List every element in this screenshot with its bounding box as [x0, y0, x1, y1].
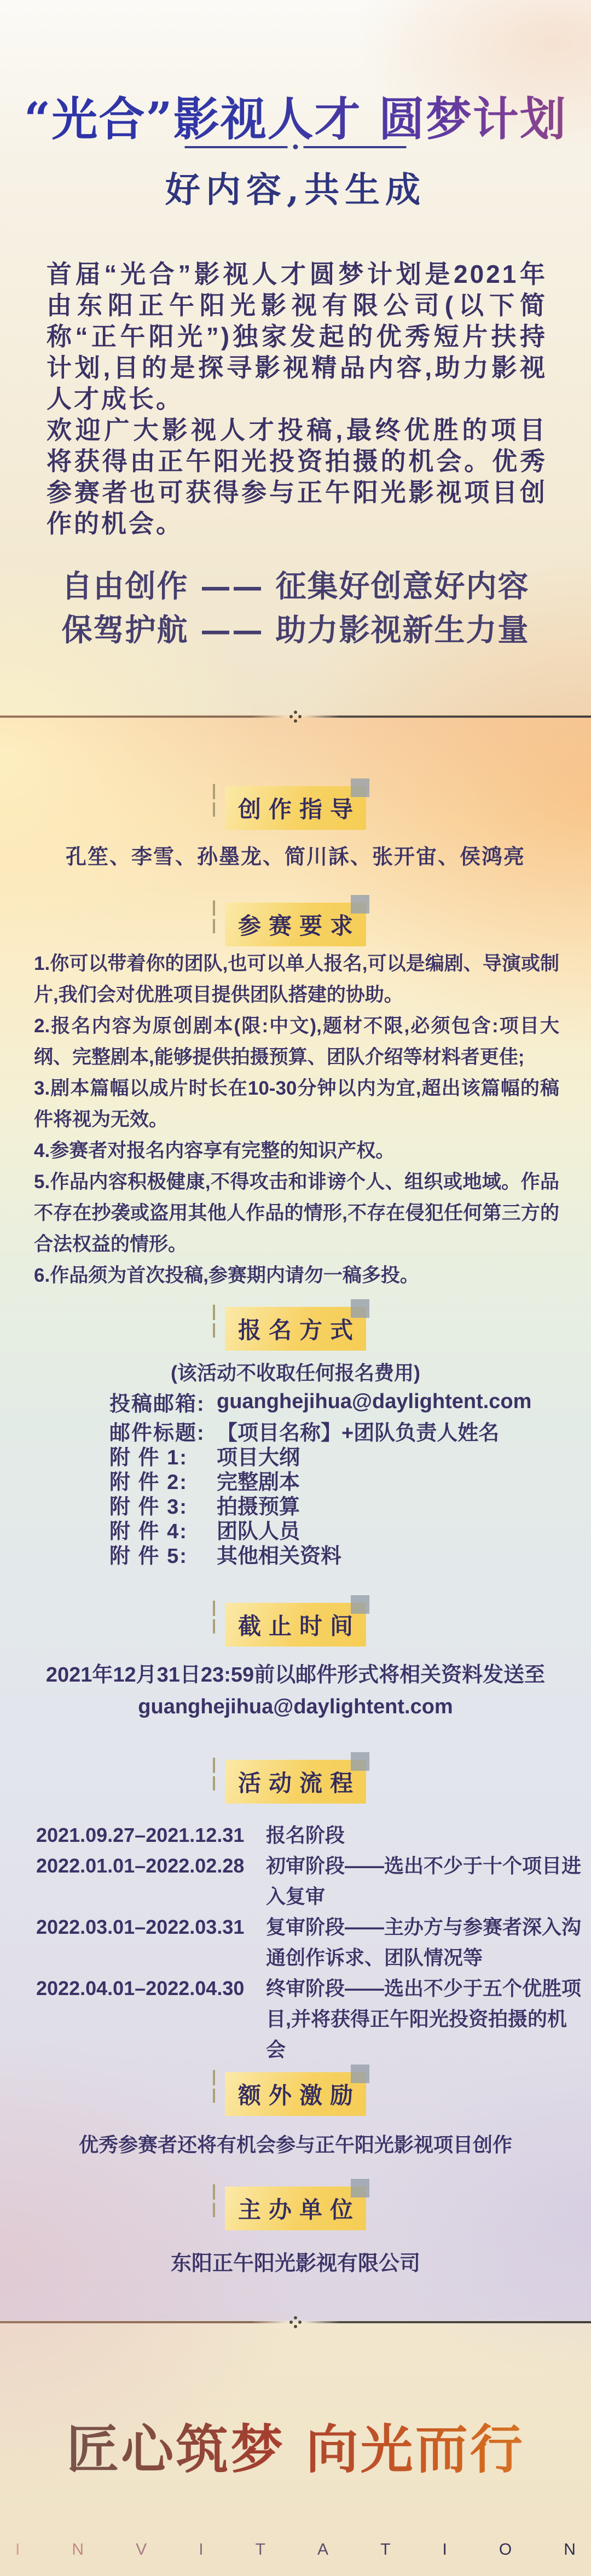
schedule-list: 2021.09.27–2021.12.31 报名阶段 2022.01.01–20… — [36, 1820, 586, 2065]
badge-background: 报名方式 — [225, 1307, 366, 1351]
slogan-line-2: 保驾护航 —— 助力影视新生力量 — [0, 606, 591, 650]
slogan-line-1: 自由创作 —— 征集好创意好内容 — [0, 562, 591, 606]
section-header-registration: 报名方式 — [225, 1307, 366, 1351]
schedule-item: 2022.01.01–2022.02.28 初审阶段——选出不少于十个项目进入复… — [36, 1851, 586, 1912]
poster: “光合”影视人才 圆梦计划 好内容,共生成 首届“光合”影视人才圆梦计划是202… — [0, 0, 591, 2576]
invitation-letter: I — [442, 2540, 447, 2559]
section-header-deadline: 截止时间 — [225, 1603, 366, 1647]
flower-ornament-icon — [294, 715, 297, 718]
invitation-letter: A — [317, 2540, 328, 2559]
title-divider — [185, 144, 407, 149]
gray-square-ornament — [351, 2179, 369, 2197]
section-title: 创作指导 — [238, 796, 361, 822]
divider-line-right — [305, 2321, 591, 2323]
registration-line: 附 件 5: 其他相关资料 — [109, 1542, 531, 1566]
list-item: 2.报名内容为原创剧本(限:中文),题材不限,必须包含:项目大纲、完整剧本,能够… — [34, 1010, 559, 1073]
section-header-schedule: 活动流程 — [225, 1760, 366, 1804]
list-item: 1.你可以带着你的团队,也可以单人报名,可以是编剧、导演或制片,我们会对优胜项目… — [34, 948, 559, 1010]
deadline-email: guanghejihua@daylightent.com — [0, 1691, 591, 1723]
section-divider-bottom — [0, 2315, 591, 2329]
schedule-item: 2022.03.01–2022.03.31 复审阶段——主办方与参赛者深入沟通创… — [36, 1912, 586, 1973]
section-header-organizer: 主办单位 — [225, 2187, 366, 2230]
dashed-line-ornament — [213, 1758, 215, 1790]
organizer-company: 东阳正午阳光影视有限公司 — [0, 2246, 591, 2276]
registration-details: 投稿邮箱: guanghejihua@daylightent.com 邮件标题:… — [109, 1389, 531, 1566]
list-item: 4.参赛者对报名内容享有完整的知识产权。 — [34, 1135, 559, 1166]
invitation-lettering: I N V I T A T I O N — [15, 2540, 576, 2559]
gray-square-ornament — [351, 778, 369, 797]
intro-paragraph-2: 欢迎广大影视人才投稿,最终优胜的项目将获得由正午阳光投资拍摄的机会。优秀参赛者也… — [47, 415, 547, 539]
schedule-date: 2022.04.01–2022.04.30 — [36, 1973, 266, 2065]
footer-slogan: 匠心筑梦 向光而行 — [0, 2408, 591, 2483]
badge-background: 截止时间 — [225, 1603, 366, 1647]
registration-line: 附 件 1: 项目大纲 — [109, 1443, 531, 1468]
badge-background: 参赛要求 — [225, 903, 366, 946]
section-header-requirements: 参赛要求 — [225, 903, 366, 946]
schedule-item: 2022.04.01–2022.04.30 终审阶段——选出不少于五个优胜项目,… — [36, 1973, 586, 2065]
schedule-date: 2022.01.01–2022.02.28 — [36, 1851, 266, 1912]
badge-background: 创作指导 — [225, 786, 366, 830]
schedule-desc: 复审阶段——主办方与参赛者深入沟通创作诉求、团队情况等 — [266, 1912, 586, 1973]
deadline-line-1: 2021年12月31日23:59前以邮件形式将相关资料发送至 — [0, 1659, 591, 1691]
flower-ornament-icon — [294, 2321, 297, 2324]
gray-square-ornament — [351, 1752, 369, 1771]
list-item: 5.作品内容积极健康,不得攻击和诽谤个人、组织或地域。作品不存在抄袭或盗用其他人… — [34, 1166, 559, 1260]
fee-note: (该活动不收取任何报名费用) — [0, 1358, 591, 1386]
intro-paragraph-1: 首届“光合”影视人才圆梦计划是2021年由东阳正午阳光影视有限公司(以下简称“正… — [47, 259, 547, 415]
divider-line-right — [304, 146, 407, 148]
attachment-5: 其他相关资料 — [217, 1539, 341, 1569]
schedule-date: 2022.03.01–2022.03.31 — [36, 1912, 266, 1973]
invitation-letter: I — [15, 2540, 20, 2559]
schedule-date: 2021.09.27–2021.12.31 — [36, 1820, 266, 1851]
registration-line: 投稿邮箱: guanghejihua@daylightent.com — [109, 1389, 531, 1414]
list-item: 3.剧本篇幅以成片时长在10-30分钟以内为宜,超出该篇幅的稿件将视为无效。 — [34, 1073, 559, 1135]
poster-subtitle: 好内容,共生成 — [0, 162, 591, 212]
invitation-letter: V — [136, 2540, 147, 2559]
dashed-line-ornament — [213, 2070, 215, 2103]
section-title: 主办单位 — [238, 2197, 361, 2223]
gray-square-ornament — [351, 2065, 369, 2083]
submission-email: guanghejihua@daylightent.com — [217, 1390, 531, 1414]
registration-line: 附 件 2: 完整剧本 — [109, 1468, 531, 1492]
gray-square-ornament — [351, 1595, 369, 1614]
registration-line: 附 件 4: 团队人员 — [109, 1517, 531, 1542]
field-label: 投稿邮箱: — [109, 1387, 217, 1417]
invitation-letter: T — [380, 2540, 390, 2559]
divider-line-left — [0, 2321, 286, 2323]
divider-dot-icon — [293, 144, 298, 149]
schedule-item: 2021.09.27–2021.12.31 报名阶段 — [36, 1820, 586, 1851]
bonus-text: 优秀参赛者还将有机会参与正午阳光影视项目创作 — [0, 2130, 591, 2158]
badge-background: 额外激励 — [225, 2072, 366, 2116]
page-title: “光合”影视人才 圆梦计划 — [0, 92, 591, 147]
section-title: 额外激励 — [238, 2083, 361, 2108]
invitation-letter: N — [564, 2540, 576, 2559]
section-title: 参赛要求 — [238, 913, 361, 939]
badge-background: 活动流程 — [225, 1760, 366, 1804]
dashed-line-ornament — [213, 2184, 215, 2217]
invitation-letter: O — [499, 2540, 512, 2559]
mentor-names: 孔笙、李雪、孙墨龙、简川訸、张开宙、侯鸿亮 — [0, 840, 591, 870]
dashed-line-ornament — [213, 900, 215, 933]
dashed-line-ornament — [213, 784, 215, 817]
invitation-letter: T — [256, 2540, 265, 2559]
registration-line: 邮件标题: 【项目名称】+团队负责人姓名 — [109, 1418, 531, 1443]
badge-background: 主办单位 — [225, 2187, 366, 2230]
section-title: 报名方式 — [238, 1317, 361, 1343]
invitation-letter: I — [199, 2540, 203, 2559]
section-title: 活动流程 — [238, 1770, 361, 1796]
divider-line-left — [185, 146, 288, 148]
divider-line-right — [305, 716, 591, 718]
section-divider-top — [0, 710, 591, 724]
section-header-mentors: 创作指导 — [225, 786, 366, 830]
section-header-bonus: 额外激励 — [225, 2072, 366, 2116]
registration-line: 附 件 3: 拍摄预算 — [109, 1492, 531, 1517]
gray-square-ornament — [351, 895, 369, 914]
list-item: 6.作品须为首次投稿,参赛期内请勿一稿多投。 — [34, 1260, 559, 1291]
schedule-desc: 报名阶段 — [266, 1820, 586, 1851]
divider-line-left — [0, 716, 286, 718]
dashed-line-ornament — [213, 1601, 215, 1633]
field-label: 附 件 5: — [109, 1539, 217, 1569]
schedule-desc: 终审阶段——选出不少于五个优胜项目,并将获得正午阳光投资拍摄的机会 — [266, 1973, 586, 2065]
section-title: 截止时间 — [238, 1613, 361, 1639]
dashed-line-ornament — [213, 1305, 215, 1338]
deadline-text: 2021年12月31日23:59前以邮件形式将相关资料发送至 guangheji… — [0, 1659, 591, 1723]
schedule-desc: 初审阶段——选出不少于十个项目进入复审 — [266, 1851, 586, 1912]
gray-square-ornament — [351, 1299, 369, 1318]
requirements-list: 1.你可以带着你的团队,也可以单人报名,可以是编剧、导演或制片,我们会对优胜项目… — [34, 948, 559, 1291]
invitation-letter: N — [72, 2540, 84, 2559]
